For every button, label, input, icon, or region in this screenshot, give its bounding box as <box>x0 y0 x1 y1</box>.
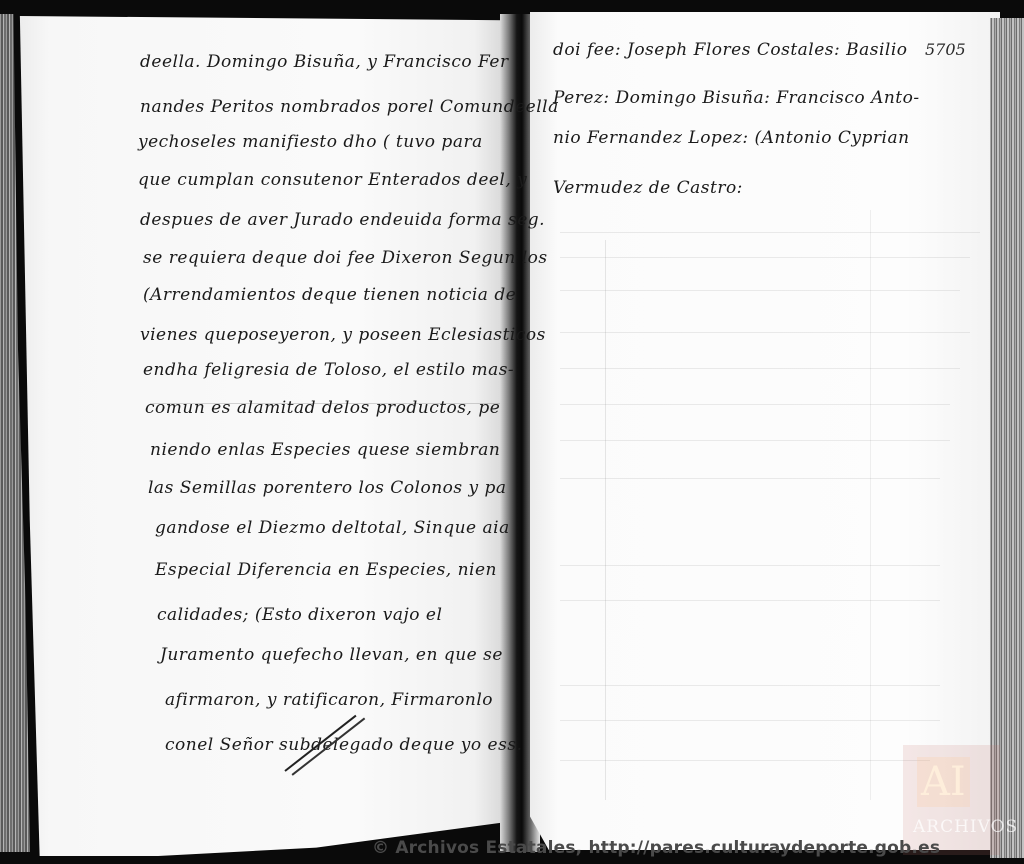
left-line-17: afirmaron, y ratificaron, Firmaronlo <box>165 690 493 710</box>
bleed-through-line <box>560 600 940 601</box>
folio-number: 5705 <box>925 40 966 59</box>
left-line-1: deella. Domingo Bisuña, y Francisco Fer <box>140 52 509 72</box>
left-line-13: gandose el Diezmo deltotal, Sinque aia <box>155 518 510 538</box>
left-line-7: (Arrendamientos deque tienen noticia de <box>143 285 516 305</box>
left-line-8: vienes queposeyeron, y poseen Eclesiasti… <box>140 325 546 345</box>
margin-rule <box>605 240 606 800</box>
left-line-12: las Semillas porentero los Colonos y pa <box>148 478 507 498</box>
right-line-1: doi fee: Joseph Flores Costales: Basilio <box>553 40 908 60</box>
copyright-credit: © Archivos Estatales, http://pares.cultu… <box>372 838 940 858</box>
bleed-through-line <box>560 760 930 761</box>
left-line-18: conel Señor subdelegado deque yo ess. <box>165 735 522 755</box>
left-line-14: Especial Diferencia en Especies, nien <box>155 560 497 580</box>
left-line-6: se requiera deque doi fee Dixeron Segun … <box>143 248 548 268</box>
margin-rule <box>870 210 871 800</box>
bleed-through-line <box>560 565 940 566</box>
left-line-10: comun es alamitad delos productos, pe <box>145 398 500 418</box>
right-page-stack-edge <box>990 18 1024 858</box>
right-line-3: nio Fernandez Lopez: (Antonio Cyprian <box>553 128 910 148</box>
bleed-through-line <box>560 720 940 721</box>
left-line-15: calidades; (Esto dixeron vajo el <box>157 605 442 625</box>
archive-logo-label: ARCHIVOS <box>913 817 1018 837</box>
left-line-5: despues de aver Jurado endeuida forma se… <box>140 210 545 230</box>
bleed-through-line <box>560 257 970 258</box>
left-line-11: niendo enlas Especies quese siembran <box>150 440 500 460</box>
bleed-through-line <box>560 404 950 405</box>
bleed-through-line <box>560 478 940 479</box>
right-line-2: Perez: Domingo Bisuña: Francisco Anto- <box>553 88 920 108</box>
bleed-through-line <box>560 232 980 233</box>
left-line-16: Juramento quefecho llevan, en que se <box>160 645 503 665</box>
bleed-through-line <box>560 685 940 686</box>
document-viewer: deella. Domingo Bisuña, y Francisco Fer … <box>0 0 1024 864</box>
archive-logo-icon: AI <box>917 757 970 807</box>
left-line-2: nandes Peritos nombrados porel Comundeel… <box>140 97 559 117</box>
bleed-through-line <box>560 290 960 291</box>
left-line-4: que cumplan consutenor Enterados deel, y <box>138 170 527 190</box>
left-line-9: endha feligresia de Toloso, el estilo ma… <box>143 360 514 380</box>
bleed-through-line <box>560 332 970 333</box>
right-line-4: Vermudez de Castro: <box>553 178 743 198</box>
left-line-3: yechoseles manifiesto dho ( tuvo para <box>138 132 483 152</box>
bleed-through-line <box>560 440 950 441</box>
bleed-through-line <box>560 368 960 369</box>
